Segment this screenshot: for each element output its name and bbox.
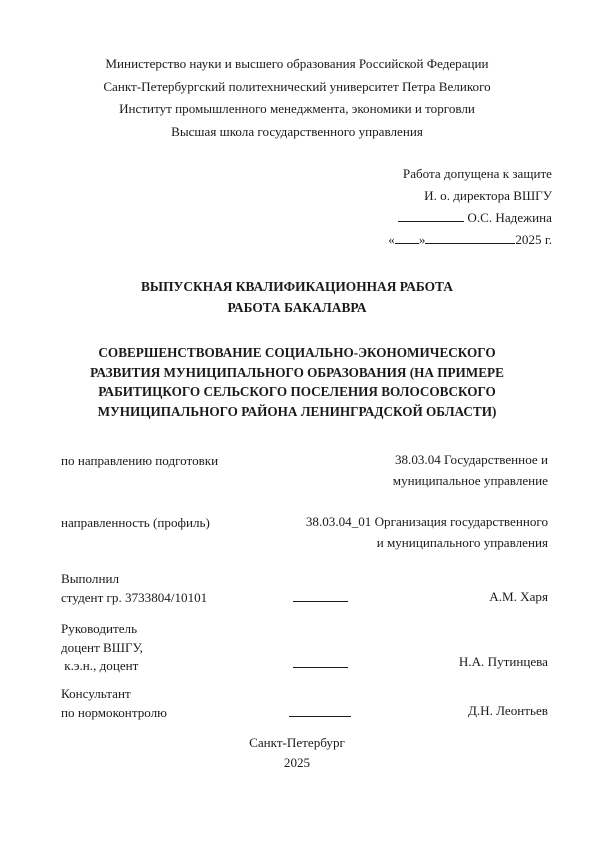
ministry-line: Министерство науки и высшего образования… — [0, 53, 594, 76]
supervisor-signature-blank — [293, 667, 348, 668]
student-role: Выполнил студент гр. 3733804/10101 — [61, 570, 207, 607]
profile-label: направленность (профиль) — [61, 514, 210, 533]
student-signature-blank — [293, 601, 348, 602]
direction-value-line-2: муниципальное управление — [393, 471, 548, 492]
direction-value: 38.03.04 Государственное и муниципальное… — [393, 450, 548, 491]
supervisor-name: Н.А. Путинцева — [459, 654, 548, 670]
approval-year: 2025 г. — [515, 232, 552, 247]
supervisor-role: Руководитель доцент ВШГУ, к.э.н., доцент — [61, 620, 143, 676]
consultant-role-line-1: Консультант — [61, 685, 167, 704]
supervisor-role-line-1: Руководитель — [61, 620, 143, 639]
student-group: студент гр. 3733804/10101 — [61, 589, 207, 608]
approval-block: Работа допущена к защите И. о. директора… — [388, 163, 552, 251]
approval-date-line: «»2025 г. — [388, 229, 552, 251]
footer: Санкт-Петербург 2025 — [0, 733, 594, 773]
director-signature-line: О.С. Надежина — [388, 207, 552, 229]
student-name: А.М. Харя — [489, 589, 548, 605]
topic-line-2: РАЗВИТИЯ МУНИЦИПАЛЬНОГО ОБРАЗОВАНИЯ (НА … — [0, 363, 594, 383]
consultant-name: Д.Н. Леонтьев — [468, 703, 548, 719]
director-line: И. о. директора ВШГУ — [388, 185, 552, 207]
document-title: ВЫПУСКНАЯ КВАЛИФИКАЦИОННАЯ РАБОТА РАБОТА… — [0, 276, 594, 318]
title-line-2: РАБОТА БАКАЛАВРА — [0, 297, 594, 318]
consultant-role-line-2: по нормоконтролю — [61, 704, 167, 723]
topic-line-4: МУНИЦИПАЛЬНОГО РАЙОНА ЛЕНИНГРАДСКОЙ ОБЛА… — [0, 402, 594, 422]
institution-header: Министерство науки и высшего образования… — [0, 53, 594, 143]
topic-line-3: РАБИТИЦКОГО СЕЛЬСКОГО ПОСЕЛЕНИЯ ВОЛОСОВС… — [0, 382, 594, 402]
signature-blank — [398, 210, 464, 222]
director-name: О.С. Надежина — [467, 210, 552, 225]
profile-value-line-2: и муниципального управления — [306, 533, 548, 554]
profile-value: 38.03.04_01 Организация государственного… — [306, 512, 548, 553]
direction-value-line-1: 38.03.04 Государственное и — [393, 450, 548, 471]
university-line: Санкт-Петербургский политехнический унив… — [0, 76, 594, 99]
month-blank — [425, 232, 515, 244]
consultant-signature-blank — [289, 716, 351, 717]
supervisor-degree: к.э.н., доцент — [61, 657, 143, 676]
institute-line: Институт промышленного менеджмента, экон… — [0, 98, 594, 121]
supervisor-role-line-2: доцент ВШГУ, — [61, 639, 143, 658]
profile-value-line-1: 38.03.04_01 Организация государственного — [306, 512, 548, 533]
school-line: Высшая школа государственного управления — [0, 121, 594, 144]
consultant-role: Консультант по нормоконтролю — [61, 685, 167, 722]
footer-city: Санкт-Петербург — [0, 733, 594, 753]
student-role-line-1: Выполнил — [61, 570, 207, 589]
direction-label: по направлению подготовки — [61, 452, 218, 471]
title-line-1: ВЫПУСКНАЯ КВАЛИФИКАЦИОННАЯ РАБОТА — [0, 276, 594, 297]
thesis-topic: СОВЕРШЕНСТВОВАНИЕ СОЦИАЛЬНО-ЭКОНОМИЧЕСКО… — [0, 343, 594, 421]
footer-year: 2025 — [0, 753, 594, 773]
day-blank — [395, 232, 419, 244]
topic-line-1: СОВЕРШЕНСТВОВАНИЕ СОЦИАЛЬНО-ЭКОНОМИЧЕСКО… — [0, 343, 594, 363]
approval-line: Работа допущена к защите — [388, 163, 552, 185]
